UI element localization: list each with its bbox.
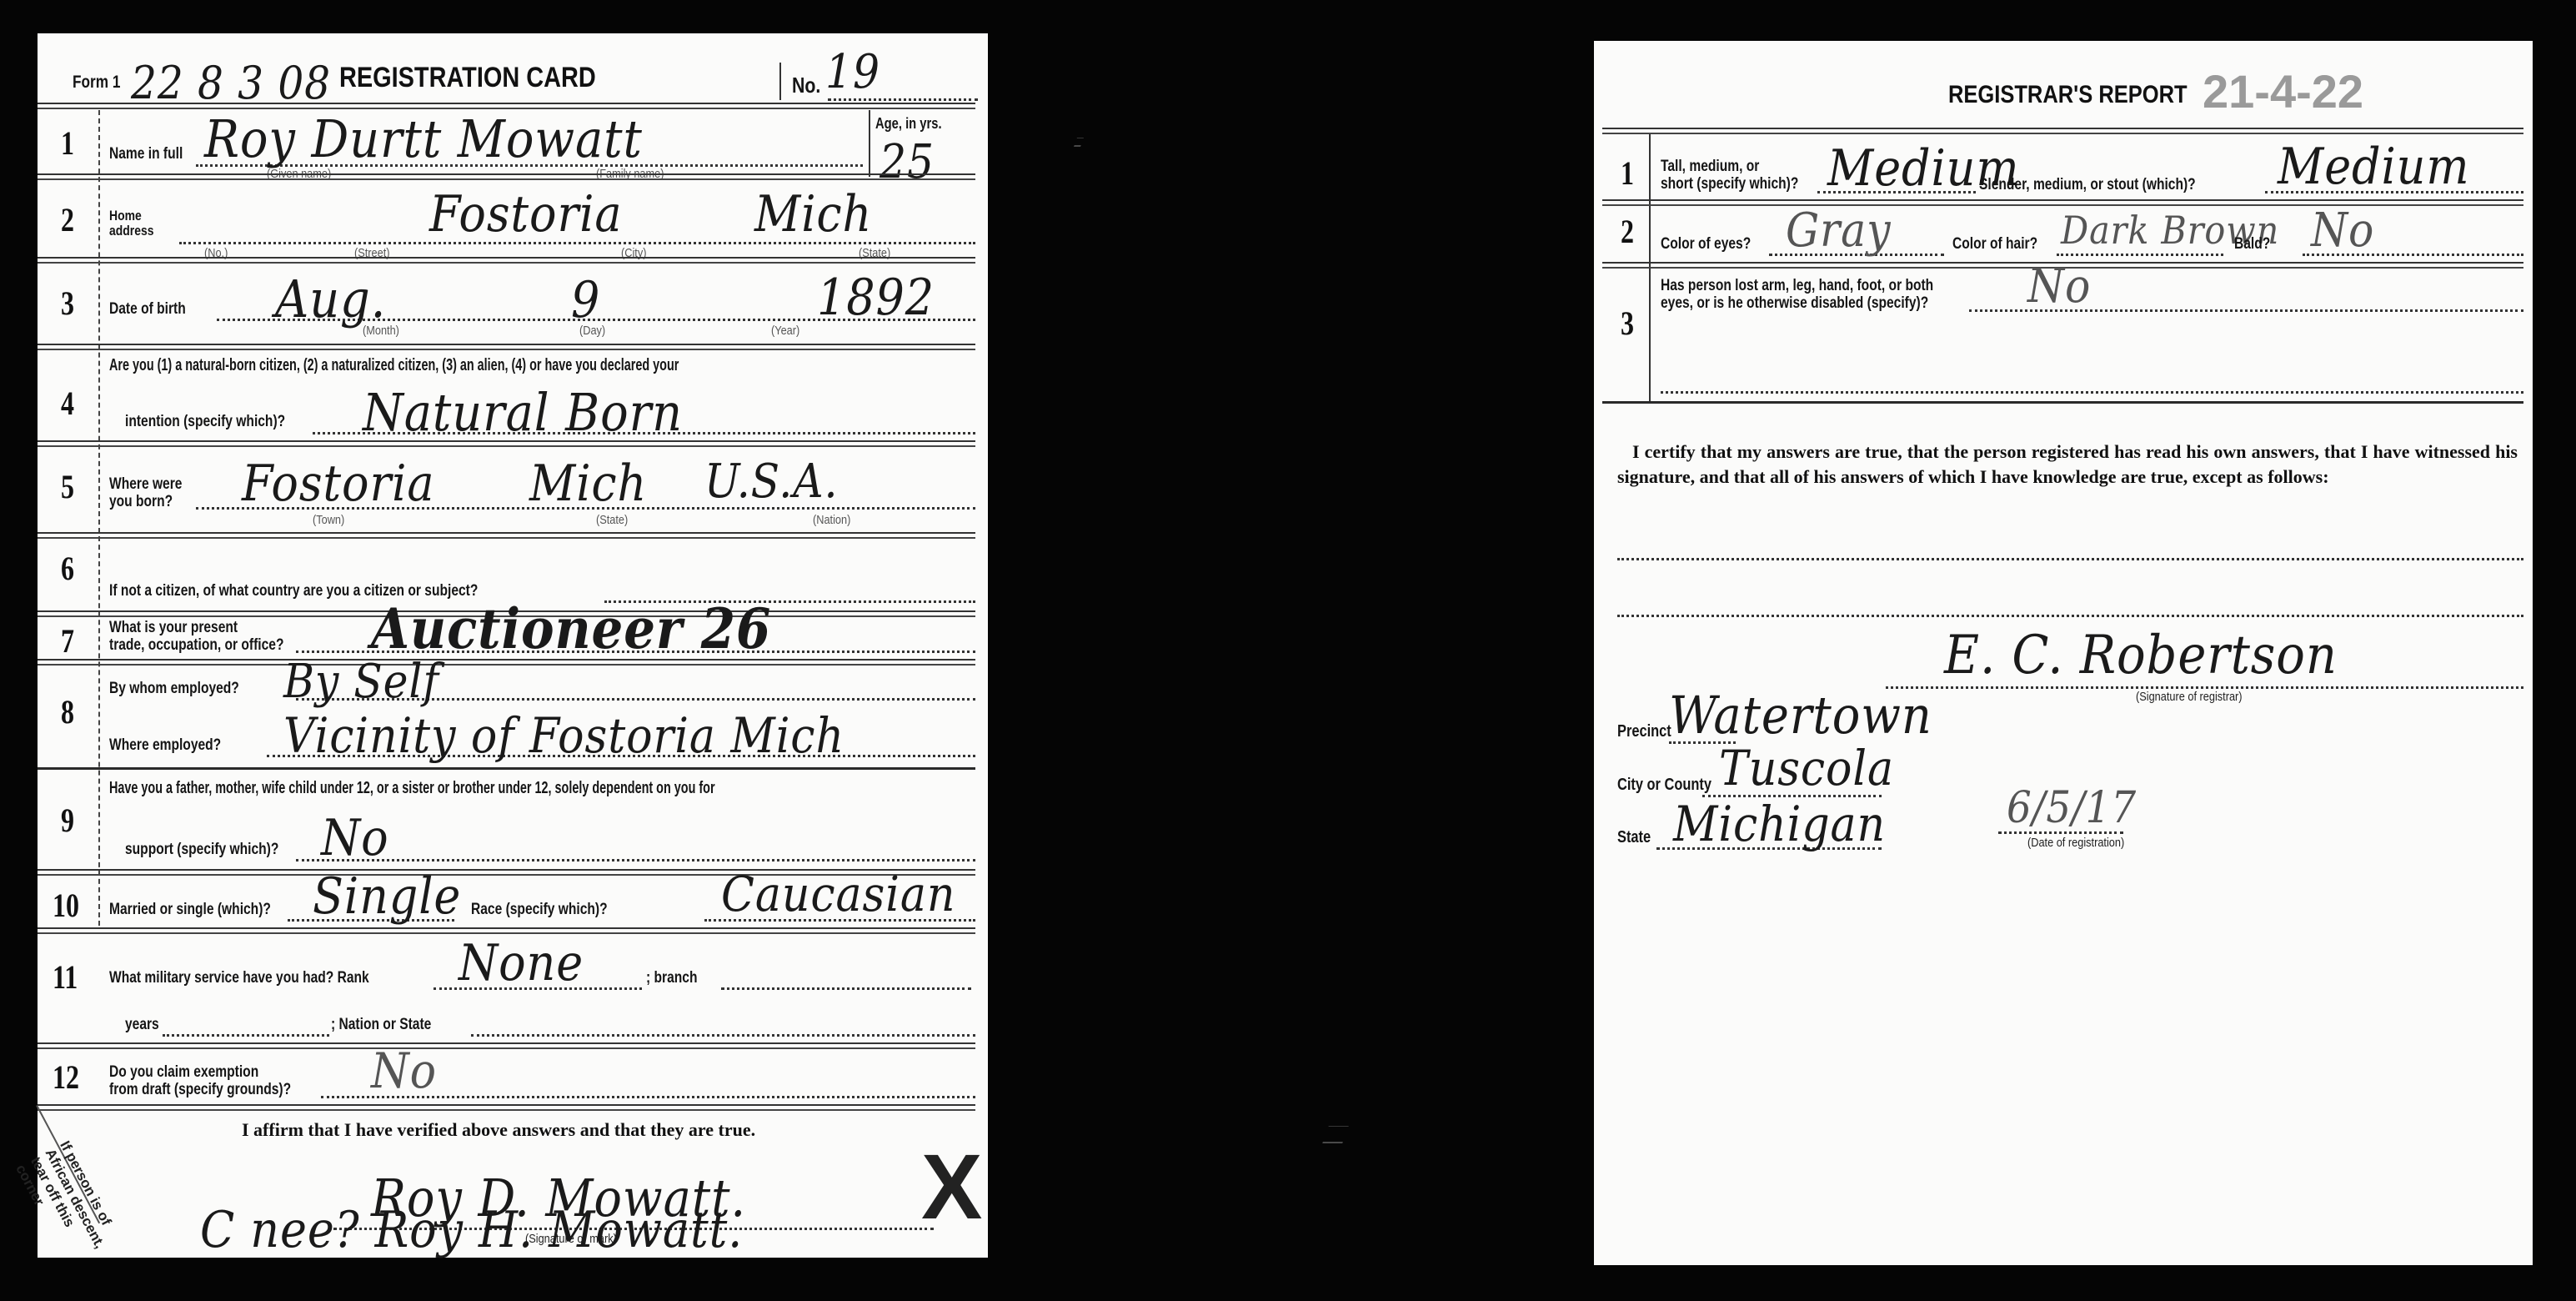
age-label: Age, in yrs. — [875, 115, 942, 133]
county-value: Tuscola — [1719, 740, 1894, 796]
row-number: 10 — [53, 886, 79, 925]
header-rule — [38, 103, 975, 104]
citizenship-value: Natural Born — [363, 382, 683, 443]
row-number-divider — [1649, 134, 1651, 403]
row-number: 12 — [53, 1057, 79, 1097]
nation-or-state-label: ; Nation or State — [331, 1016, 431, 1033]
citizenship-label: intention (specify which)? — [125, 413, 285, 430]
employment-place-value: Vicinity of Fostoria Mich — [283, 707, 844, 764]
occupation-label: What is your presenttrade, occupation, o… — [109, 619, 283, 654]
race-value: Caucasian — [721, 866, 955, 922]
serial-number-handwritten: 22 8 3 08 — [131, 57, 331, 109]
city-county-label: City or County — [1617, 776, 1711, 794]
military-rank-value: None — [459, 934, 584, 992]
state-value: Michigan — [1673, 796, 1886, 852]
build-label: Slender, medium, or stout (which)? — [1979, 176, 2196, 193]
name-label: Name in full — [109, 145, 183, 163]
row-number: 1 — [61, 123, 74, 163]
home-city-value: Fostoria — [429, 185, 622, 244]
birth-state-value: Mich — [529, 455, 647, 513]
form-label: Form 1 — [73, 73, 120, 91]
certification-text: I certify that my answers are true, that… — [1617, 440, 2518, 490]
birth-town-value: Fostoria — [242, 455, 434, 513]
bald-value: No — [2311, 203, 2374, 258]
affirmation-text: I affirm that I have verified above answ… — [242, 1118, 755, 1143]
disability-value: No — [2027, 259, 2091, 314]
employer-label: By whom employed? — [109, 680, 239, 697]
row-number: 3 — [1621, 304, 1634, 343]
race-label: Race (specify which)? — [471, 901, 608, 918]
row-number: 3 — [61, 284, 74, 323]
number-label: No. — [792, 77, 820, 94]
row-number: 11 — [53, 957, 78, 997]
dependents-label: support (specify which)? — [125, 841, 278, 858]
row-number: 2 — [61, 200, 74, 239]
registration-date-label: (Date of registration) — [2027, 836, 2124, 850]
registrar-signature-label: (Signature of registrar) — [2136, 690, 2243, 704]
age-value: 25 — [880, 135, 935, 189]
marital-status-value: Single — [313, 867, 461, 926]
scan-artifact — [1074, 138, 1084, 147]
row-number: 9 — [61, 801, 74, 840]
branch-label: ; branch — [646, 969, 697, 987]
precinct-label: Precinct — [1617, 723, 1671, 741]
registration-date-value: 6/5/17 — [2007, 783, 2137, 833]
full-name-value: Roy Durtt Mowatt — [204, 108, 643, 169]
state-label: State — [1617, 829, 1651, 846]
row-number: 5 — [61, 467, 74, 506]
scan-artifact — [1322, 1126, 1349, 1143]
mark-x: X — [921, 1134, 982, 1240]
bald-label: Bald? — [2234, 235, 2270, 253]
corner-note: If person is ofAfrican descent,tear off … — [12, 1138, 123, 1267]
employment-place-label: Where employed? — [109, 736, 221, 754]
dependents-value: No — [321, 809, 389, 867]
row-number: 4 — [61, 384, 74, 423]
date-of-birth-label: Date of birth — [109, 300, 186, 318]
military-service-label: What military service have you had? Rank — [109, 969, 369, 987]
dependents-question: Have you a father, mother, wife child un… — [109, 780, 715, 797]
stamp-number: 21-4-22 — [2203, 64, 2363, 118]
row-number: 7 — [61, 621, 74, 661]
report-title: REGISTRAR'S REPORT — [1948, 81, 2188, 109]
citizenship-question: Are you (1) a natural-born citizen, (2) … — [109, 357, 679, 374]
birth-year-value: 1892 — [817, 269, 935, 327]
hair-color-label: Color of hair? — [1952, 235, 2037, 253]
height-label: Tall, medium, orshort (specify which)? — [1661, 158, 1798, 193]
build-value: Medium — [2278, 138, 2469, 196]
exemption-value: No — [371, 1042, 437, 1099]
eye-color-value: Gray — [1786, 203, 1891, 258]
row-number: 1 — [1621, 153, 1634, 193]
employer-value: By Self — [283, 655, 439, 709]
occupation-value: Auctioneer 26 — [371, 596, 771, 661]
registration-card: Form 1 22 8 3 08 REGISTRATION CARD No. 1… — [38, 33, 988, 1258]
disability-label: Has person lost arm, leg, hand, foot, or… — [1661, 277, 1933, 312]
precinct-value: Watertown — [1669, 685, 1932, 746]
birth-day-value: 9 — [571, 271, 600, 329]
birth-month-value: Aug. — [275, 269, 386, 329]
birth-nation-value: U.S.A. — [704, 455, 838, 509]
row-number: 6 — [61, 549, 74, 588]
home-address-label: Homeaddress — [109, 208, 153, 239]
registrar-signature: E. C. Robertson — [1944, 625, 2338, 686]
exemption-label: Do you claim exemptionfrom draft (specif… — [109, 1063, 291, 1098]
row-number-divider — [98, 110, 100, 926]
row-number: 2 — [1621, 212, 1634, 251]
birthplace-label: Where wereyou born? — [109, 475, 182, 510]
annotation-handwritten: C nee? Roy H. Mowatt. — [200, 1201, 743, 1259]
row-number: 8 — [61, 692, 74, 731]
years-label: years — [125, 1016, 159, 1033]
card-title: REGISTRATION CARD — [339, 62, 596, 94]
registrars-report-card: REGISTRAR'S REPORT 21-4-22 1 Tall, mediu… — [1594, 41, 2533, 1265]
card-number-value: 19 — [825, 45, 880, 99]
marital-status-label: Married or single (which)? — [109, 901, 271, 918]
header-divider — [779, 63, 781, 100]
eye-color-label: Color of eyes? — [1661, 235, 1751, 253]
home-state-value: Mich — [754, 185, 872, 244]
